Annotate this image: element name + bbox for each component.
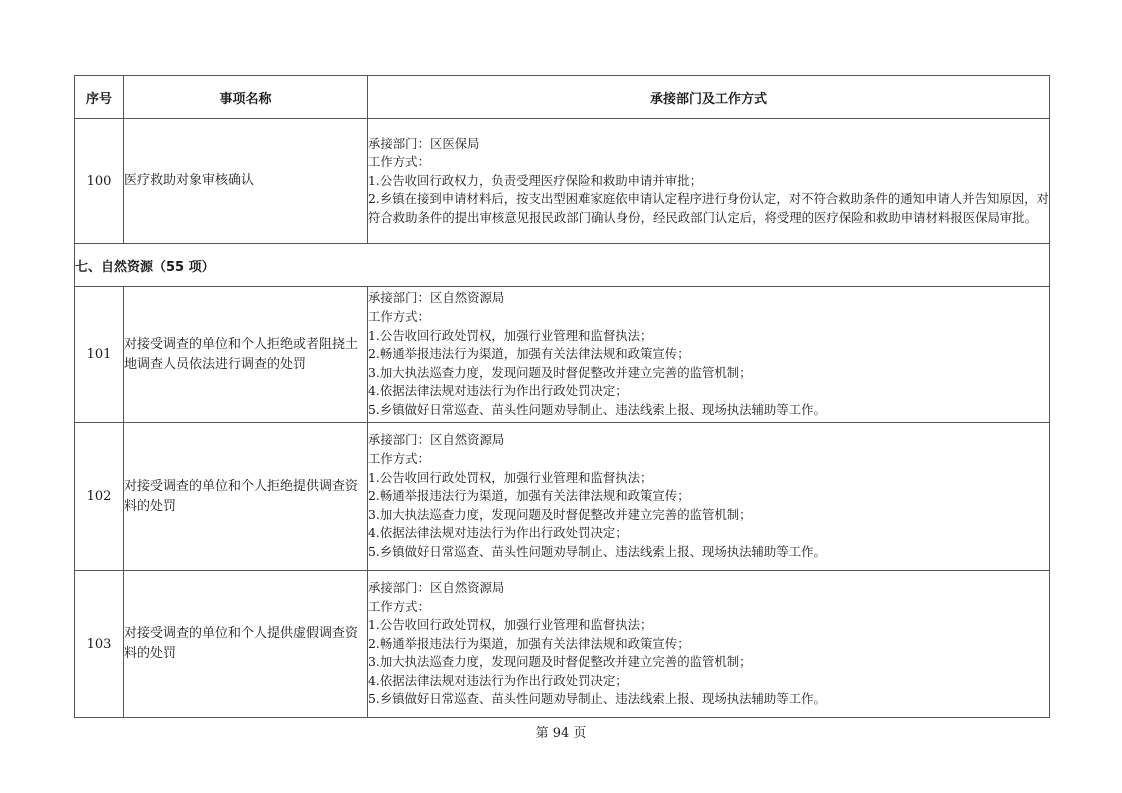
detail-method-label: 工作方式： xyxy=(368,308,1049,327)
row-item-name: 对接受调查的单位和个人提供虚假调查资料的处罚 xyxy=(124,571,368,718)
detail-dept: 承接部门：区自然资源局 xyxy=(368,579,1049,598)
detail-dept: 承接部门：区自然资源局 xyxy=(368,431,1049,450)
detail-method-label: 工作方式： xyxy=(368,450,1049,469)
detail-step: 5.乡镇做好日常巡查、苗头性问题劝导制止、违法线索上报、现场执法辅助等工作。 xyxy=(368,690,1049,709)
table-row: 102 对接受调查的单位和个人拒绝提供调查资料的处罚 承接部门：区自然资源局 工… xyxy=(75,423,1050,571)
detail-step: 2.乡镇在接到申请材料后，按支出型困难家庭依申请认定程序进行身份认定，对不符合救… xyxy=(368,190,1049,227)
header-item-name: 事项名称 xyxy=(124,76,368,119)
detail-method-label: 工作方式： xyxy=(368,153,1049,172)
detail-step: 3.加大执法巡查力度，发现问题及时督促整改并建立完善的监管机制； xyxy=(368,506,1049,525)
document-page: 序号 事项名称 承接部门及工作方式 100 医疗救助对象审核确认 承接部门：区医… xyxy=(0,0,1122,793)
section-title: 七、自然资源（55 项） xyxy=(75,244,1050,287)
detail-step: 5.乡镇做好日常巡查、苗头性问题劝导制止、违法线索上报、现场执法辅助等工作。 xyxy=(368,401,1049,420)
row-item-name: 对接受调查的单位和个人拒绝提供调查资料的处罚 xyxy=(124,423,368,571)
detail-dept: 承接部门：区自然资源局 xyxy=(368,289,1049,308)
detail-step: 4.依据法律法规对违法行为作出行政处罚决定； xyxy=(368,524,1049,543)
table-header-row: 序号 事项名称 承接部门及工作方式 xyxy=(75,76,1050,119)
section-row: 七、自然资源（55 项） xyxy=(75,244,1050,287)
detail-method-label: 工作方式： xyxy=(368,598,1049,617)
detail-step: 4.依据法律法规对违法行为作出行政处罚决定； xyxy=(368,672,1049,691)
row-detail: 承接部门：区自然资源局 工作方式： 1.公告收回行政处罚权，加强行业管理和监督执… xyxy=(368,287,1050,423)
matters-table: 序号 事项名称 承接部门及工作方式 100 医疗救助对象审核确认 承接部门：区医… xyxy=(74,75,1050,718)
row-item-name: 医疗救助对象审核确认 xyxy=(124,119,368,244)
header-index: 序号 xyxy=(75,76,124,119)
row-detail: 承接部门：区自然资源局 工作方式： 1.公告收回行政处罚权，加强行业管理和监督执… xyxy=(368,423,1050,571)
row-index: 102 xyxy=(75,423,124,571)
table-row: 103 对接受调查的单位和个人提供虚假调查资料的处罚 承接部门：区自然资源局 工… xyxy=(75,571,1050,718)
page-number: 第 94 页 xyxy=(0,722,1122,741)
row-detail: 承接部门：区自然资源局 工作方式： 1.公告收回行政处罚权，加强行业管理和监督执… xyxy=(368,571,1050,718)
detail-step: 1.公告收回行政权力，负责受理医疗保险和救助申请并审批； xyxy=(368,172,1049,191)
detail-step: 1.公告收回行政处罚权，加强行业管理和监督执法； xyxy=(368,616,1049,635)
detail-step: 3.加大执法巡查力度，发现问题及时督促整改并建立完善的监管机制； xyxy=(368,653,1049,672)
table-row: 101 对接受调查的单位和个人拒绝或者阻挠土地调查人员依法进行调查的处罚 承接部… xyxy=(75,287,1050,423)
row-index: 101 xyxy=(75,287,124,423)
detail-step: 5.乡镇做好日常巡查、苗头性问题劝导制止、违法线索上报、现场执法辅助等工作。 xyxy=(368,543,1049,562)
header-dept-and-method: 承接部门及工作方式 xyxy=(368,76,1050,119)
detail-step: 1.公告收回行政处罚权，加强行业管理和监督执法； xyxy=(368,469,1049,488)
detail-step: 2.畅通举报违法行为渠道，加强有关法律法规和政策宣传； xyxy=(368,487,1049,506)
row-index: 103 xyxy=(75,571,124,718)
detail-step: 3.加大执法巡查力度，发现问题及时督促整改并建立完善的监管机制； xyxy=(368,364,1049,383)
detail-step: 4.依据法律法规对违法行为作出行政处罚决定； xyxy=(368,382,1049,401)
table-row: 100 医疗救助对象审核确认 承接部门：区医保局 工作方式： 1.公告收回行政权… xyxy=(75,119,1050,244)
row-detail: 承接部门：区医保局 工作方式： 1.公告收回行政权力，负责受理医疗保险和救助申请… xyxy=(368,119,1050,244)
detail-dept: 承接部门：区医保局 xyxy=(368,135,1049,154)
detail-step: 1.公告收回行政处罚权，加强行业管理和监督执法； xyxy=(368,327,1049,346)
detail-step: 2.畅通举报违法行为渠道，加强有关法律法规和政策宣传； xyxy=(368,345,1049,364)
detail-step: 2.畅通举报违法行为渠道，加强有关法律法规和政策宣传； xyxy=(368,635,1049,654)
row-index: 100 xyxy=(75,119,124,244)
row-item-name: 对接受调查的单位和个人拒绝或者阻挠土地调查人员依法进行调查的处罚 xyxy=(124,287,368,423)
